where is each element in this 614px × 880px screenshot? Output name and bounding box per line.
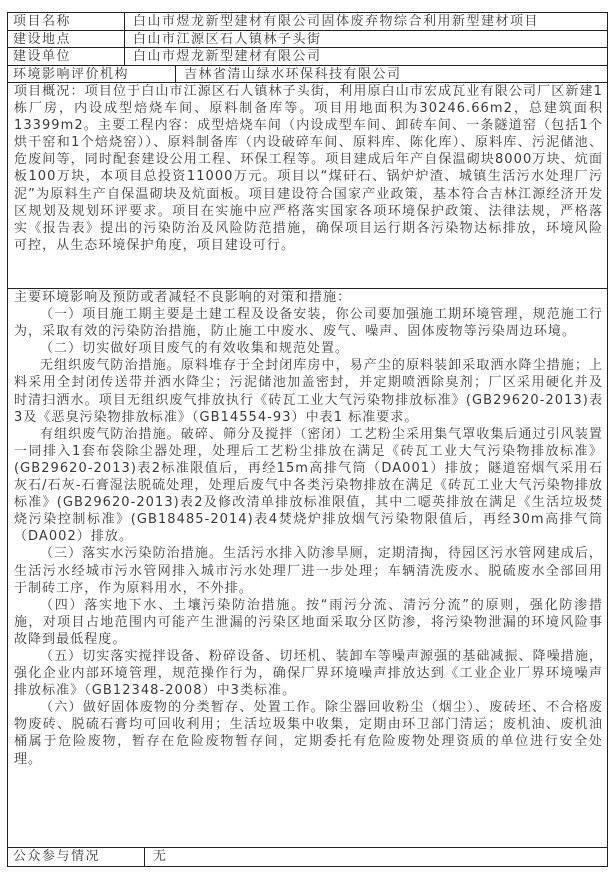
row-eia-agency: 环境影响评价机构 吉林省清山绿水环保科技有限公司 (8, 66, 607, 84)
value-public-participation: 无 (145, 848, 607, 866)
row-construction-site: 建设地点 白山市江源区石人镇林子头街 (8, 31, 607, 49)
measure-paragraph-2: （二）切实做好项目废气的有效收集和规范处置。 (14, 340, 603, 357)
label-eia-agency: 环境影响评价机构 (8, 66, 176, 83)
row-project-name: 项目名称 白山市煜龙新型建材有限公司固体废弃物综合利用新型建材项目 (8, 13, 607, 31)
measure-paragraph-4: 有组织废气防治措施。破碎、筛分及搅拌（密闭）工艺粉尘采用集气罩收集后通过引风装置… (14, 426, 603, 546)
project-overview-section: 项目概况：项目位于白山市江源区石人镇林子头街，利用原白山市宏成瓦业有限公司厂区新… (8, 83, 607, 289)
measure-paragraph-3: 无组织废气防治措施。原料堆存于全封闭库房中，易产尘的原料装卸采取洒水降尘措施；上… (14, 357, 603, 425)
measure-paragraph-5: （三）落实水污染防治措施。生活污水排入防渗旱厕，定期清掏，待园区污水管网建成后，… (14, 545, 603, 596)
row-public-participation: 公众参与情况 无 (8, 848, 607, 866)
environmental-measures-section: 主要环境影响及预防或者减轻不良影响的对策和措施： （一）项目施工期主要是土建工程… (8, 289, 607, 848)
label-construction-site: 建设地点 (8, 31, 125, 48)
label-public-participation: 公众参与情况 (8, 848, 145, 866)
value-eia-agency: 吉林省清山绿水环保科技有限公司 (176, 66, 607, 83)
measure-paragraph-8: （六）做好固体废物的分类暂存、处置工作。除尘器回收粉尘（烟尘）、废砖坯、不合格废… (14, 699, 603, 767)
measure-paragraph-6: （四）落实地下水、土壤污染防治措施。按“雨污分流、清污分流”的原则，强化防渗措施… (14, 597, 603, 648)
measure-paragraph-7: （五）切实落实搅拌设备、粉碎设备、切坯机、装卸车等噪声源强的基础减振、降噪措施，… (14, 648, 603, 699)
label-construction-unit: 建设单位 (8, 48, 125, 65)
value-construction-unit: 白山市煜龙新型建材有限公司 (125, 48, 607, 65)
row-construction-unit: 建设单位 白山市煜龙新型建材有限公司 (8, 48, 607, 66)
label-project-name: 项目名称 (8, 13, 125, 30)
project-info-table: 项目名称 白山市煜龙新型建材有限公司固体废弃物综合利用新型建材项目 建设地点 白… (7, 12, 608, 867)
value-construction-site: 白山市江源区石人镇林子头街 (125, 31, 607, 48)
project-overview-text: 项目概况：项目位于白山市江源区石人镇林子头街，利用原白山市宏成瓦业有限公司厂区新… (14, 83, 603, 254)
value-project-name: 白山市煜龙新型建材有限公司固体废弃物综合利用新型建材项目 (125, 13, 607, 30)
measures-heading: 主要环境影响及预防或者减轻不良影响的对策和措施： (14, 289, 603, 306)
measure-paragraph-1: （一）项目施工期主要是土建工程及设备安装，你公司要加强施工期环境管理，规范施工行… (14, 306, 603, 340)
